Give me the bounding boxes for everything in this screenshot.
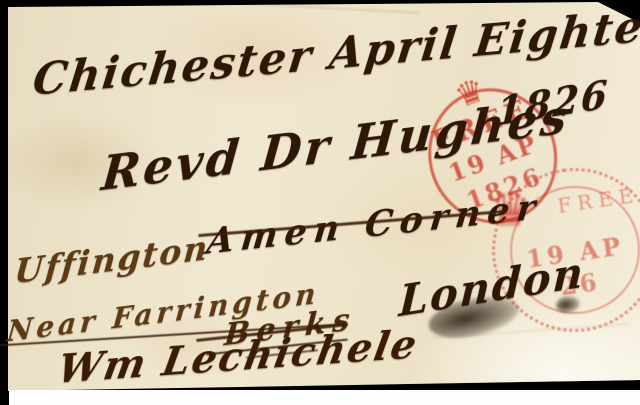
scanned-postal-cover: ♛ FREE 19 AP 1826 ♛ FREE 19 AP 26 Chiche… [0, 0, 640, 405]
scan-bottom-margin [9, 390, 640, 405]
paper-crease [120, 0, 420, 14]
